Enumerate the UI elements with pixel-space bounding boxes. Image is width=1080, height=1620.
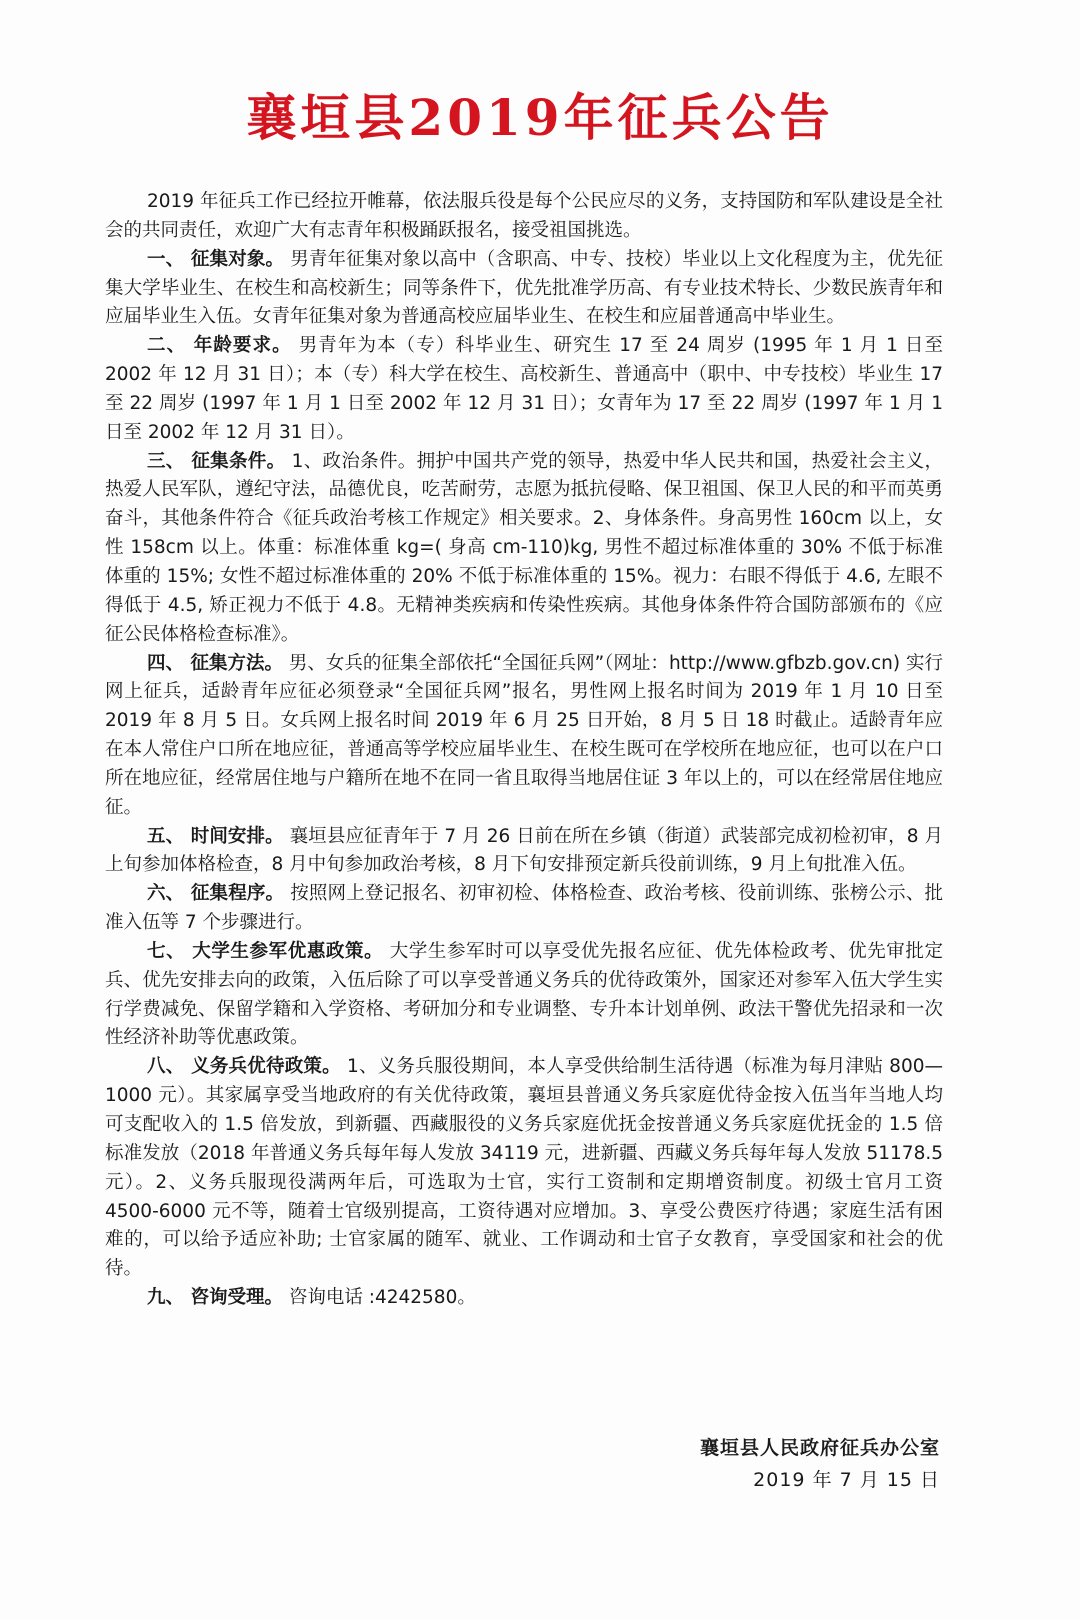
section-heading: 二、 年龄要求。: [147, 335, 292, 356]
document-body: 2019 年征兵工作已经拉开帷幕，依法服兵役是每个公民应尽的义务，支持国防和军队…: [105, 188, 943, 1313]
section-6-procedure: 六、 征集程序。 按照网上登记报名、初审初检、体格检查、政治考核、役前训练、张榜…: [105, 880, 943, 938]
section-7-college-policy: 七、 大学生参军优惠政策。 大学生参军时可以享受优先报名应征、优先体检政考、优先…: [105, 938, 943, 1053]
signature-date: 2019 年 7 月 15 日: [620, 1466, 940, 1494]
section-text: 1、义务兵服役期间，本人享受供给制生活待遇（标准为每月津贴 800—1000 元…: [105, 1056, 943, 1279]
section-text: 咨询电话 :4242580。: [283, 1287, 476, 1308]
section-heading: 八、 义务兵优待政策。: [147, 1056, 341, 1077]
section-3-conditions: 三、 征集条件。 1、政治条件。拥护中国共产党的领导，热爱中华人民共和国，热爱社…: [105, 448, 943, 650]
intro-paragraph: 2019 年征兵工作已经拉开帷幕，依法服兵役是每个公民应尽的义务，支持国防和军队…: [105, 188, 943, 246]
section-text: 男、女兵的征集全部依托“全国征兵网”（网址：http://www.gfbzb.g…: [105, 653, 943, 818]
section-4-method: 四、 征集方法。 男、女兵的征集全部依托“全国征兵网”（网址：http://ww…: [105, 650, 943, 823]
section-1-recruitment-targets: 一、 征集对象。 男青年征集对象以高中（含职高、中专、技校）毕业以上文化程度为主…: [105, 246, 943, 333]
section-heading: 九、 咨询受理。: [147, 1287, 283, 1308]
section-8-benefits: 八、 义务兵优待政策。 1、义务兵服役期间，本人享受供给制生活待遇（标准为每月津…: [105, 1053, 943, 1284]
section-heading: 四、 征集方法。: [147, 653, 283, 674]
section-text: 1、政治条件。拥护中国共产党的领导，热爱中华人民共和国，热爱社会主义，热爱人民军…: [105, 451, 943, 645]
section-9-inquiry: 九、 咨询受理。 咨询电话 :4242580。: [105, 1284, 943, 1313]
section-5-schedule: 五、 时间安排。 襄垣县应征青年于 7 月 26 日前在所在乡镇（街道）武装部完…: [105, 823, 943, 881]
section-heading: 三、 征集条件。: [147, 451, 285, 472]
section-2-age-requirements: 二、 年龄要求。 男青年为本（专）科毕业生、研究生 17 至 24 周岁 (19…: [105, 332, 943, 447]
signature-organization: 襄垣县人民政府征兵办公室: [600, 1434, 940, 1462]
section-heading: 七、 大学生参军优惠政策。: [147, 941, 383, 962]
notice-page: 襄垣县2019年征兵公告 2019 年征兵工作已经拉开帷幕，依法服兵役是每个公民…: [0, 0, 1080, 1620]
document-title: 襄垣县2019年征兵公告: [0, 86, 1080, 150]
section-heading: 五、 时间安排。: [147, 826, 284, 847]
section-heading: 六、 征集程序。: [147, 883, 284, 904]
section-heading: 一、 征集对象。: [147, 249, 284, 270]
